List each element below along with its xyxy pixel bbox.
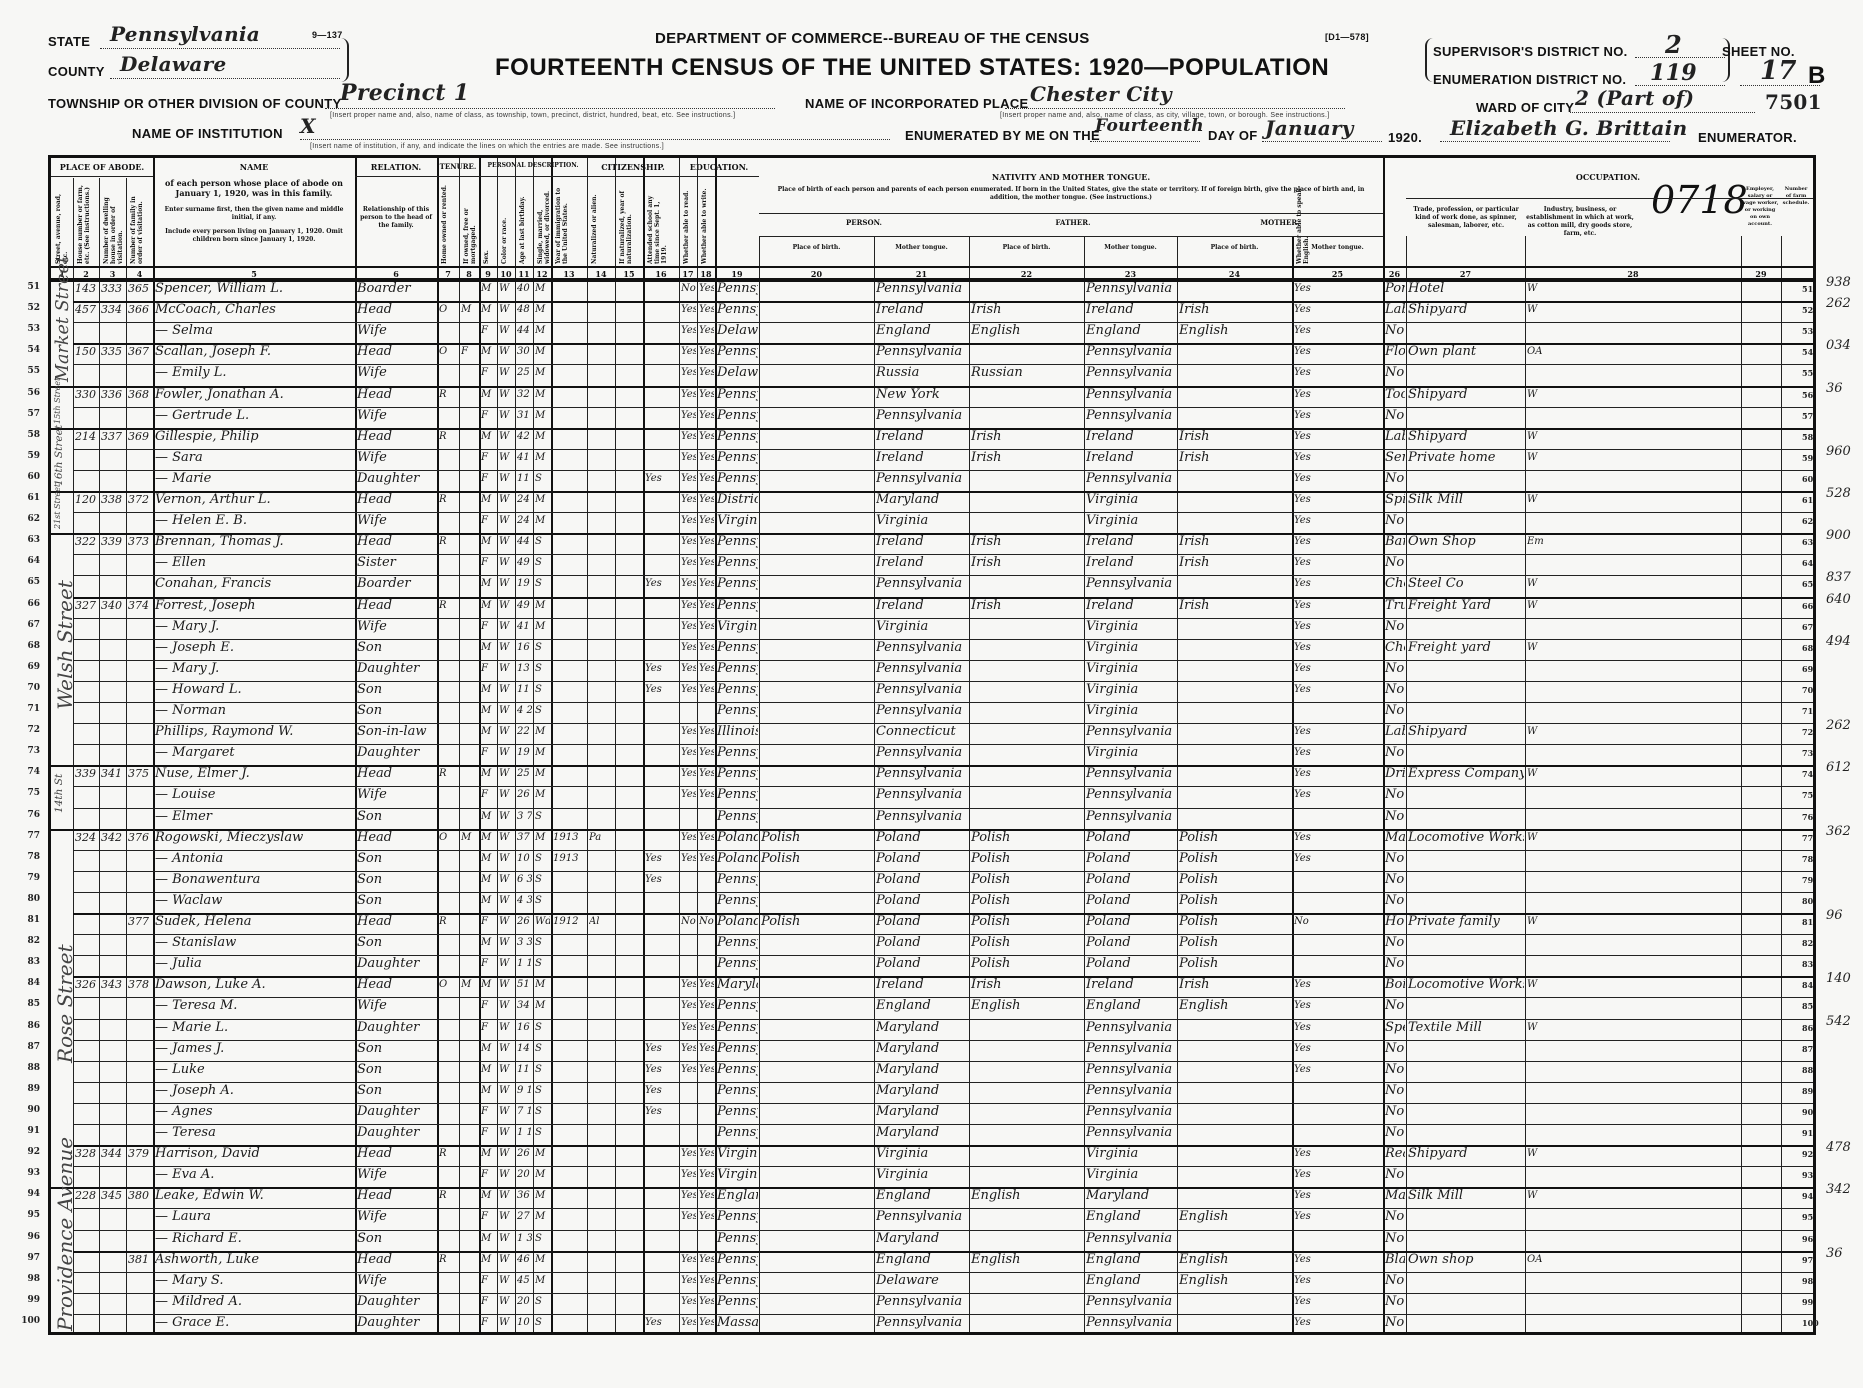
cell-trade: Machinist [1385,827,1405,849]
cell-dwelling: 334 [101,299,125,321]
cell-english: Yes [1294,447,1382,469]
table-row[interactable]: 214337369Gillespie, PhilipHeadRMW42MYesY… [51,428,1813,449]
cell-age: 30 [517,341,532,363]
cell-sex: F [481,447,496,469]
table-row[interactable]: — Mary S.WifeFW45MYesYesPennsylvaniaDela… [51,1272,1813,1293]
group-education: EDUCATION. [679,162,759,172]
cell-own: R [439,1143,458,1165]
state-value: Pennsylvania [110,22,260,46]
cell-f_pob: Pennsylvania [876,278,968,300]
cell-pob: Pennsylvania [717,468,758,490]
table-row[interactable]: — Richard E.SonMW1 3/12SPennsylvaniaMary… [51,1230,1813,1251]
line-number: 93 [0,1168,40,1178]
cell-trade: None [1385,869,1405,891]
cell-race: W [499,341,514,363]
cell-m_pob: Ireland [1086,974,1176,996]
cell-sex: F [481,362,496,384]
enumerated-day: Fourteenth [1095,116,1204,136]
cell-m_pob: Pennsylvania [1086,1122,1176,1144]
cell-m_tongue: English [1179,320,1291,342]
table-row[interactable]: — Teresa M.WifeFW34MYesYesPennsylvaniaEn… [51,997,1813,1018]
margin-note: 36 [1826,1246,1843,1261]
table-row[interactable]: 330336368Fowler, Jonathan A.HeadRMW32MYe… [51,386,1813,407]
cell-pob: Pennsylvania [717,573,758,595]
cell-name: — Antonia [155,848,354,870]
cell-m_pob: Pennsylvania [1086,405,1176,427]
table-row[interactable]: — Mary J.DaughterFW13SYesYesYesPennsylva… [51,660,1813,681]
cell-write: Yes [699,995,714,1017]
cell-house: 326 [75,974,98,996]
cell-sex: F [481,468,496,490]
cell-own: R [439,763,458,785]
cell-sex: M [481,1080,496,1102]
cell-dwelling: 339 [101,531,125,553]
cell-pob: Pennsylvania [717,700,758,722]
row-divider [1406,198,1813,199]
cell-sex: M [481,679,496,701]
table-row[interactable]: — LukeSonMW11SYesYesYesPennsylvaniaMaryl… [51,1061,1813,1082]
cell-marital: S [535,1291,550,1313]
cell-race: W [499,1143,514,1165]
ed-label: ENUMERATION DISTRICT NO. [1433,72,1626,87]
cell-family: 368 [128,384,152,406]
cell-f_pob: Poland [876,869,968,891]
header-c16: Attended school any time since Sept. 1, … [647,182,668,264]
cell-house: 327 [75,595,98,617]
cell-read: Yes [681,489,696,511]
cell-age: 44 [517,320,532,342]
cell-name: — Waclaw [155,890,354,912]
line-number-right: 52 [1802,305,1813,315]
cell-name: Conahan, Francis [155,573,354,595]
cell-relation: Head [357,911,436,933]
line-number: 53 [0,324,40,334]
cell-marital: S [535,890,550,912]
place-label: NAME OF INCORPORATED PLACE [805,96,1029,111]
line-number-right: 79 [1802,875,1813,885]
cell-read: Yes [681,1270,696,1292]
table-row[interactable]: — SaraWifeFW41MYesYesPennsylvaniaIreland… [51,449,1813,470]
name-desc: of each person whose place of abode on J… [159,178,349,198]
table-row[interactable]: 457334366McCoach, CharlesHeadOMMW48MYesY… [51,301,1813,322]
table-row[interactable]: — JuliaDaughterFW1 1/12SPennsylvaniaPola… [51,955,1813,976]
cell-write: Yes [699,1017,714,1039]
cell-read: Yes [681,1017,696,1039]
street-name: 14th St [53,761,65,824]
cell-write: Yes [699,341,714,363]
line-number-right: 82 [1802,938,1813,948]
cell-sex: F [481,742,496,764]
table-row[interactable]: — Marie L.DaughterFW16SYesYesPennsylvani… [51,1019,1813,1040]
cell-relation: Head [357,341,436,363]
table-row[interactable]: — Eva A.WifeFW20MYesYesVirginiaVirginiaV… [51,1166,1813,1187]
cell-f_tongue: Irish [971,552,1083,574]
enumeration-district: 119 [1650,60,1697,86]
header-c14: Naturalized or alien. [591,182,598,264]
line-number: 58 [0,430,40,440]
cell-f_pob: England [876,1185,968,1207]
cell-f_pob: Maryland [876,1228,968,1250]
cell-pob: Pennsylvania [717,1122,758,1144]
cell-relation: Son [357,848,436,870]
cell-family: 372 [128,489,152,511]
table-row[interactable]: 150335367Scallan, Joseph F.HeadOFMW30MYe… [51,343,1813,364]
table-row[interactable]: — Mildred A.DaughterFW20SYesYesPennsylva… [51,1293,1813,1314]
margin-note: 478 [1826,1140,1851,1155]
cell-class: OA [1527,341,1740,363]
cell-write: Yes [699,531,714,553]
cell-sex: F [481,1270,496,1292]
cell-school: Yes [645,1059,678,1081]
cell-pob: Delaware [717,320,758,342]
table-row[interactable]: — EllenSisterFW49SYesYesPennsylvaniaIrel… [51,554,1813,575]
table-row[interactable]: 328344379Harrison, DavidHeadRMW26MYesYes… [51,1145,1813,1166]
table-row[interactable]: — NormanSonMW4 2/12SPennsylvaniaPennsylv… [51,702,1813,723]
cell-f_pob: New York [876,384,968,406]
table-row[interactable]: 322339373Brennan, Thomas J.HeadRMW44SYes… [51,533,1813,554]
cell-m_pob: Pennsylvania [1086,573,1176,595]
cell-class: W [1527,595,1740,617]
cell-class: W [1527,721,1740,743]
cell-write: Yes [699,1038,714,1060]
cell-marital: M [535,384,550,406]
cell-read: Yes [681,616,696,638]
cell-write: Yes [699,679,714,701]
cell-english: Yes [1294,595,1382,617]
margin-note: 140 [1826,971,1851,986]
cell-f_tongue: Irish [971,447,1083,469]
cell-own: R [439,595,458,617]
cell-marital: S [535,1101,550,1123]
cell-m_tongue: Irish [1179,299,1291,321]
cell-relation: Wife [357,510,436,532]
cell-dwelling: 336 [101,384,125,406]
cell-m_pob: Poland [1086,932,1176,954]
line-number: 89 [0,1084,40,1094]
line-number: 66 [0,599,40,609]
cell-race: W [499,806,514,828]
cell-pob: Pennsylvania [717,447,758,469]
cell-industry: Hotel [1408,278,1524,300]
cell-relation: Boarder [357,278,436,300]
cell-relation: Daughter [357,742,436,764]
line-number-right: 62 [1802,516,1813,526]
cell-english: Yes [1294,299,1382,321]
cell-relation: Daughter [357,1101,436,1123]
cell-sex: F [481,1291,496,1313]
line-number: 71 [0,704,40,714]
cell-f_tongue: Polish [971,911,1083,933]
table-row[interactable]: 339341375Nuse, Elmer J.HeadRMW25MYesYesP… [51,765,1813,786]
cell-relation: Head [357,595,436,617]
nativity-mother: MOTHER. [1177,218,1383,227]
cell-f_pob: Ireland [876,426,968,448]
cell-race: W [499,1206,514,1228]
cell-relation: Head [357,426,436,448]
cell-pob: Virginia [717,1143,758,1165]
table-row[interactable]: — ElmerSonMW3 7/12SPennsylvaniaPennsylva… [51,808,1813,829]
cell-f_tongue: Irish [971,299,1083,321]
table-row[interactable]: 327340374Forrest, JosephHeadRMW49MYesYes… [51,597,1813,618]
margin-note: 640 [1826,592,1851,607]
cell-m_pob: England [1086,1249,1176,1271]
line-number-right: 86 [1802,1023,1813,1033]
cell-pob: Pennsylvania [717,1059,758,1081]
cell-own: O [439,299,458,321]
table-row[interactable]: 377Sudek, HelenaHeadRFW26Wd1912AlNoNoPol… [51,913,1813,934]
cell-sex: F [481,552,496,574]
table-row[interactable]: 326343378Dawson, Luke A.HeadOMMW51MYesYe… [51,976,1813,997]
table-row[interactable]: — Helen E. B.WifeFW24MYesYesVirginiaVirg… [51,512,1813,533]
cell-read: Yes [681,573,696,595]
cell-mort: M [461,299,478,321]
cell-m_pob: Maryland [1086,1185,1176,1207]
table-row[interactable]: — MargaretDaughterFW19MYesYesPennsylvani… [51,744,1813,765]
cell-age: 49 [517,595,532,617]
cell-house: 328 [75,1143,98,1165]
cell-trade: None [1385,320,1405,342]
cell-f_pob: Ireland [876,447,968,469]
cell-write: Yes [699,595,714,617]
header-c11: Age at last birthday. [519,182,526,264]
cell-race: W [499,974,514,996]
cell-age: 26 [517,784,532,806]
cell-race: W [499,953,514,975]
cell-f_pob: Maryland [876,1017,968,1039]
cell-name: Vernon, Arthur L. [155,489,354,511]
cell-family: 374 [128,595,152,617]
table-row[interactable]: 120338372Vernon, Arthur L.HeadRMW24MYesY… [51,491,1813,512]
cell-race: W [499,1164,514,1186]
cell-race: W [499,1038,514,1060]
line-number-right: 63 [1802,537,1813,547]
cell-sex: M [481,299,496,321]
cell-marital: M [535,616,550,638]
table-row[interactable]: — James J.SonMW14SYesYesYesPennsylvaniaM… [51,1040,1813,1061]
cell-family: 367 [128,341,152,363]
cell-name: Fowler, Jonathan A. [155,384,354,406]
table-row[interactable]: — Mary J.WifeFW41MYesYesVirginiaVirginia… [51,618,1813,639]
cell-m_tongue: English [1179,1249,1291,1271]
table-row[interactable]: — LouiseWifeFW26MYesYesPennsylvaniaPenns… [51,786,1813,807]
cell-english: Yes [1294,426,1382,448]
cell-trade: None [1385,953,1405,975]
cell-age: 34 [517,995,532,1017]
table-row[interactable]: Phillips, Raymond W.Son-in-lawMW22MYesYe… [51,723,1813,744]
cell-trade: Spinner [1385,489,1405,511]
enumerator-name: Elizabeth G. Brittain [1450,116,1687,140]
table-row[interactable]: — Gertrude L.WifeFW31MYesYesPennsylvania… [51,407,1813,428]
table-row[interactable]: — Grace E.DaughterFW10SYesYesYesMassachu… [51,1314,1813,1335]
cell-school: Yes [645,1080,678,1102]
cell-school: Yes [645,869,678,891]
line-number-right: 95 [1802,1212,1813,1222]
cell-industry: Steel Co [1408,573,1524,595]
cell-family: 380 [128,1185,152,1207]
cell-english: Yes [1294,510,1382,532]
line-number-right: 58 [1802,432,1813,442]
cell-pob: Pennsylvania [717,995,758,1017]
cell-marital: S [535,1228,550,1250]
table-row[interactable]: — BonawenturaSonMW6 3/12SYesPennsylvania… [51,871,1813,892]
cell-m_pob: Pennsylvania [1086,1228,1176,1250]
cell-read: Yes [681,721,696,743]
cell-dwelling: 340 [101,595,125,617]
cell-pob: Pennsylvania [717,658,758,680]
header-c18: Whether able to write. [701,182,708,264]
row-divider [51,176,153,177]
cell-name: — Joseph E. [155,637,354,659]
cell-m_pob: England [1086,320,1176,342]
cell-m_pob: Virginia [1086,700,1176,722]
cell-write: Yes [699,637,714,659]
cell-own: R [439,384,458,406]
cell-name: — Marie [155,468,354,490]
line-number: 90 [0,1105,40,1115]
cell-f_tongue: Polish [971,953,1083,975]
cell-english: Yes [1294,1017,1382,1039]
table-row[interactable]: — Howard L.SonMW11SYesYesYesPennsylvania… [51,681,1813,702]
table-row[interactable]: 381Ashworth, LukeHeadRMW46MYesYesPennsyl… [51,1251,1813,1272]
cell-write: Yes [699,658,714,680]
cell-f_pob: Pennsylvania [876,658,968,680]
table-row[interactable]: — StanislawSonMW3 3/12SPennsylvaniaPolan… [51,934,1813,955]
table-row[interactable]: — TeresaDaughterFW1 1/12SPennsylvaniaMar… [51,1124,1813,1145]
cell-sex: M [481,721,496,743]
cell-sex: M [481,848,496,870]
cell-pob: Pennsylvania [717,1270,758,1292]
cell-write: Yes [699,827,714,849]
cell-marital: M [535,278,550,300]
cell-pob: Pennsylvania [717,299,758,321]
cell-marital: S [535,531,550,553]
cell-class: W [1527,827,1740,849]
cell-sex: F [481,1206,496,1228]
table-row[interactable]: 324342376Rogowski, MieczyslawHeadOMMW37M… [51,829,1813,850]
cell-dwelling: 342 [101,827,125,849]
line-number-right: 60 [1802,474,1813,484]
cell-trade: Laborer [1385,426,1405,448]
cell-age: 37 [517,827,532,849]
header-c15: If naturalized, year of naturalization. [619,182,633,264]
line-number: 52 [0,303,40,313]
cell-race: W [499,595,514,617]
cell-m_pob: Ireland [1086,447,1176,469]
line-number: 55 [0,366,40,376]
cell-race: W [499,552,514,574]
cell-sex: F [481,1164,496,1186]
cell-age: 7 1/12 [517,1101,532,1123]
cell-f_pob: Pennsylvania [876,763,968,785]
table-row[interactable]: — WaclawSonMW4 3/12SPennsylvaniaPolandPo… [51,892,1813,913]
cell-sex: M [481,384,496,406]
cell-own: O [439,341,458,363]
cell-name: — Margaret [155,742,354,764]
cell-name: Phillips, Raymond W. [155,721,354,743]
cell-race: W [499,616,514,638]
cell-school: Yes [645,468,678,490]
cell-name: Brennan, Thomas J. [155,531,354,553]
table-row[interactable]: — LauraWifeFW27MYesYesPennsylvaniaPennsy… [51,1208,1813,1229]
cell-name: — Joseph A. [155,1080,354,1102]
cell-trade: None [1385,784,1405,806]
table-row[interactable]: 143333365Spencer, William L.BoarderMW40M… [51,280,1813,301]
cell-class: W [1527,573,1740,595]
table-row[interactable]: — Joseph A.SonMW9 1/12SYesPennsylvaniaMa… [51,1082,1813,1103]
cell-pob: Pennsylvania [717,784,758,806]
cell-read: Yes [681,742,696,764]
table-row[interactable]: — AntoniaSonMW10S1913YesYesYesPolandPoli… [51,850,1813,871]
cell-m_tongue: Polish [1179,827,1291,849]
margin-note: 342 [1826,1182,1851,1197]
cell-race: W [499,510,514,532]
cell-age: 48 [517,299,532,321]
cell-write: Yes [699,1185,714,1207]
line-number: 79 [0,873,40,883]
cell-school: Yes [645,848,678,870]
cell-pob: Illinois [717,721,758,743]
cell-read: Yes [681,552,696,574]
table-row[interactable]: — AgnesDaughterFW7 1/12SYesPennsylvaniaM… [51,1103,1813,1124]
month-value: January [1265,116,1354,140]
cell-own: O [439,974,458,996]
margin-note: 362 [1826,824,1851,839]
table-row[interactable]: — MarieDaughterFW11SYesYesYesPennsylvani… [51,470,1813,491]
cell-read: Yes [681,384,696,406]
cell-name: McCoach, Charles [155,299,354,321]
cell-immig: 1913 [553,827,586,849]
cell-race: W [499,995,514,1017]
cell-f_pob: Maryland [876,1122,968,1144]
cell-trade: Machinist [1385,1185,1405,1207]
cell-sex: M [481,806,496,828]
table-row[interactable]: 228345380Leake, Edwin W.HeadRMW36MYesYes… [51,1187,1813,1208]
cell-marital: M [535,763,550,785]
cell-house: 339 [75,763,98,785]
line-number: 64 [0,556,40,566]
cell-write: Yes [699,763,714,785]
cell-race: W [499,869,514,891]
cell-race: W [499,1228,514,1250]
header-c4: Number of family in order of visitation. [130,182,144,264]
margin-note: 542 [1826,1014,1851,1029]
table-row[interactable]: — Joseph E.SonMW16SYesYesPennsylvaniaPen… [51,639,1813,660]
cell-name: — Ellen [155,552,354,574]
cell-trade: Laborer [1385,721,1405,743]
cell-age: 22 [517,721,532,743]
cell-f_pob: Delaware [876,1270,968,1292]
cell-marital: M [535,426,550,448]
table-row[interactable]: Conahan, FrancisBoarderMW19SYesYesYesPen… [51,575,1813,596]
cell-english: Yes [1294,763,1382,785]
line-number-right: 87 [1802,1044,1813,1054]
table-row[interactable]: — Emily L.WifeFW25MYesYesDelawareRussiaR… [51,364,1813,385]
cell-industry: Own Shop [1408,531,1524,553]
cell-relation: Wife [357,405,436,427]
cell-relation: Wife [357,1164,436,1186]
line-number: 57 [0,409,40,419]
cell-f_pob: Pennsylvania [876,700,968,722]
cell-age: 13 [517,658,532,680]
header-c1: Street, avenue, road, etc. [55,182,69,264]
sheet-letter: B [1808,62,1826,90]
cell-age: 3 3/12 [517,932,532,954]
cell-tongue: Polish [761,911,873,933]
cell-m_tongue: Irish [1179,552,1291,574]
table-row[interactable]: — SelmaWifeFW44MYesYesDelawareEnglandEng… [51,322,1813,343]
cell-class: W [1527,1143,1740,1165]
row-divider [759,213,1383,214]
